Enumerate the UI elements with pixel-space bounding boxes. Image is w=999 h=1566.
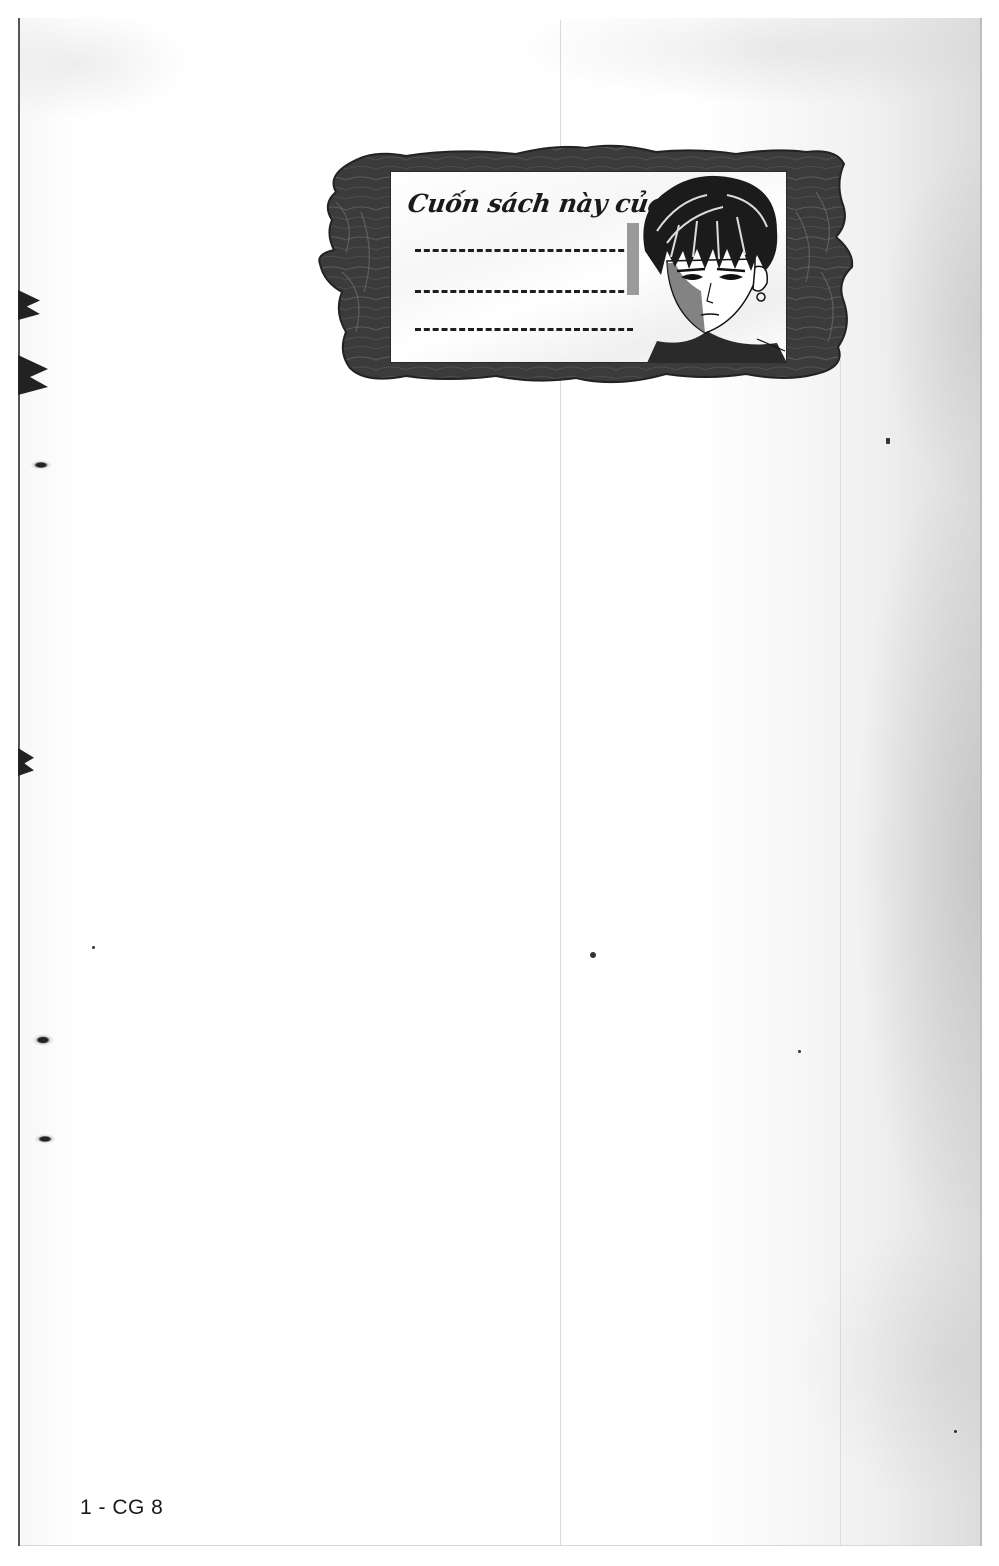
- page-canvas: Cuốn sách này của:: [0, 0, 999, 1566]
- fold-line-right: [840, 360, 841, 1545]
- label-writing-area: Cuốn sách này của:: [390, 171, 787, 363]
- paper-speck: [798, 1050, 801, 1053]
- manga-portrait-illustration: [627, 171, 787, 363]
- page-code: 1 - CG 8: [80, 1496, 163, 1520]
- paper-speck: [954, 1430, 957, 1433]
- edge-chip-mark: [30, 460, 52, 470]
- owner-name-line-1: [415, 249, 633, 252]
- edge-chip-mark: [32, 1034, 54, 1046]
- ownership-label: Cuốn sách này của:: [316, 142, 856, 388]
- paper-speck: [92, 946, 95, 949]
- paper-speck: [886, 438, 890, 444]
- edge-chip-mark: [34, 1134, 56, 1144]
- owner-name-line-3: [415, 328, 633, 331]
- owner-name-line-2: [415, 290, 633, 293]
- paper-speck: [590, 952, 596, 958]
